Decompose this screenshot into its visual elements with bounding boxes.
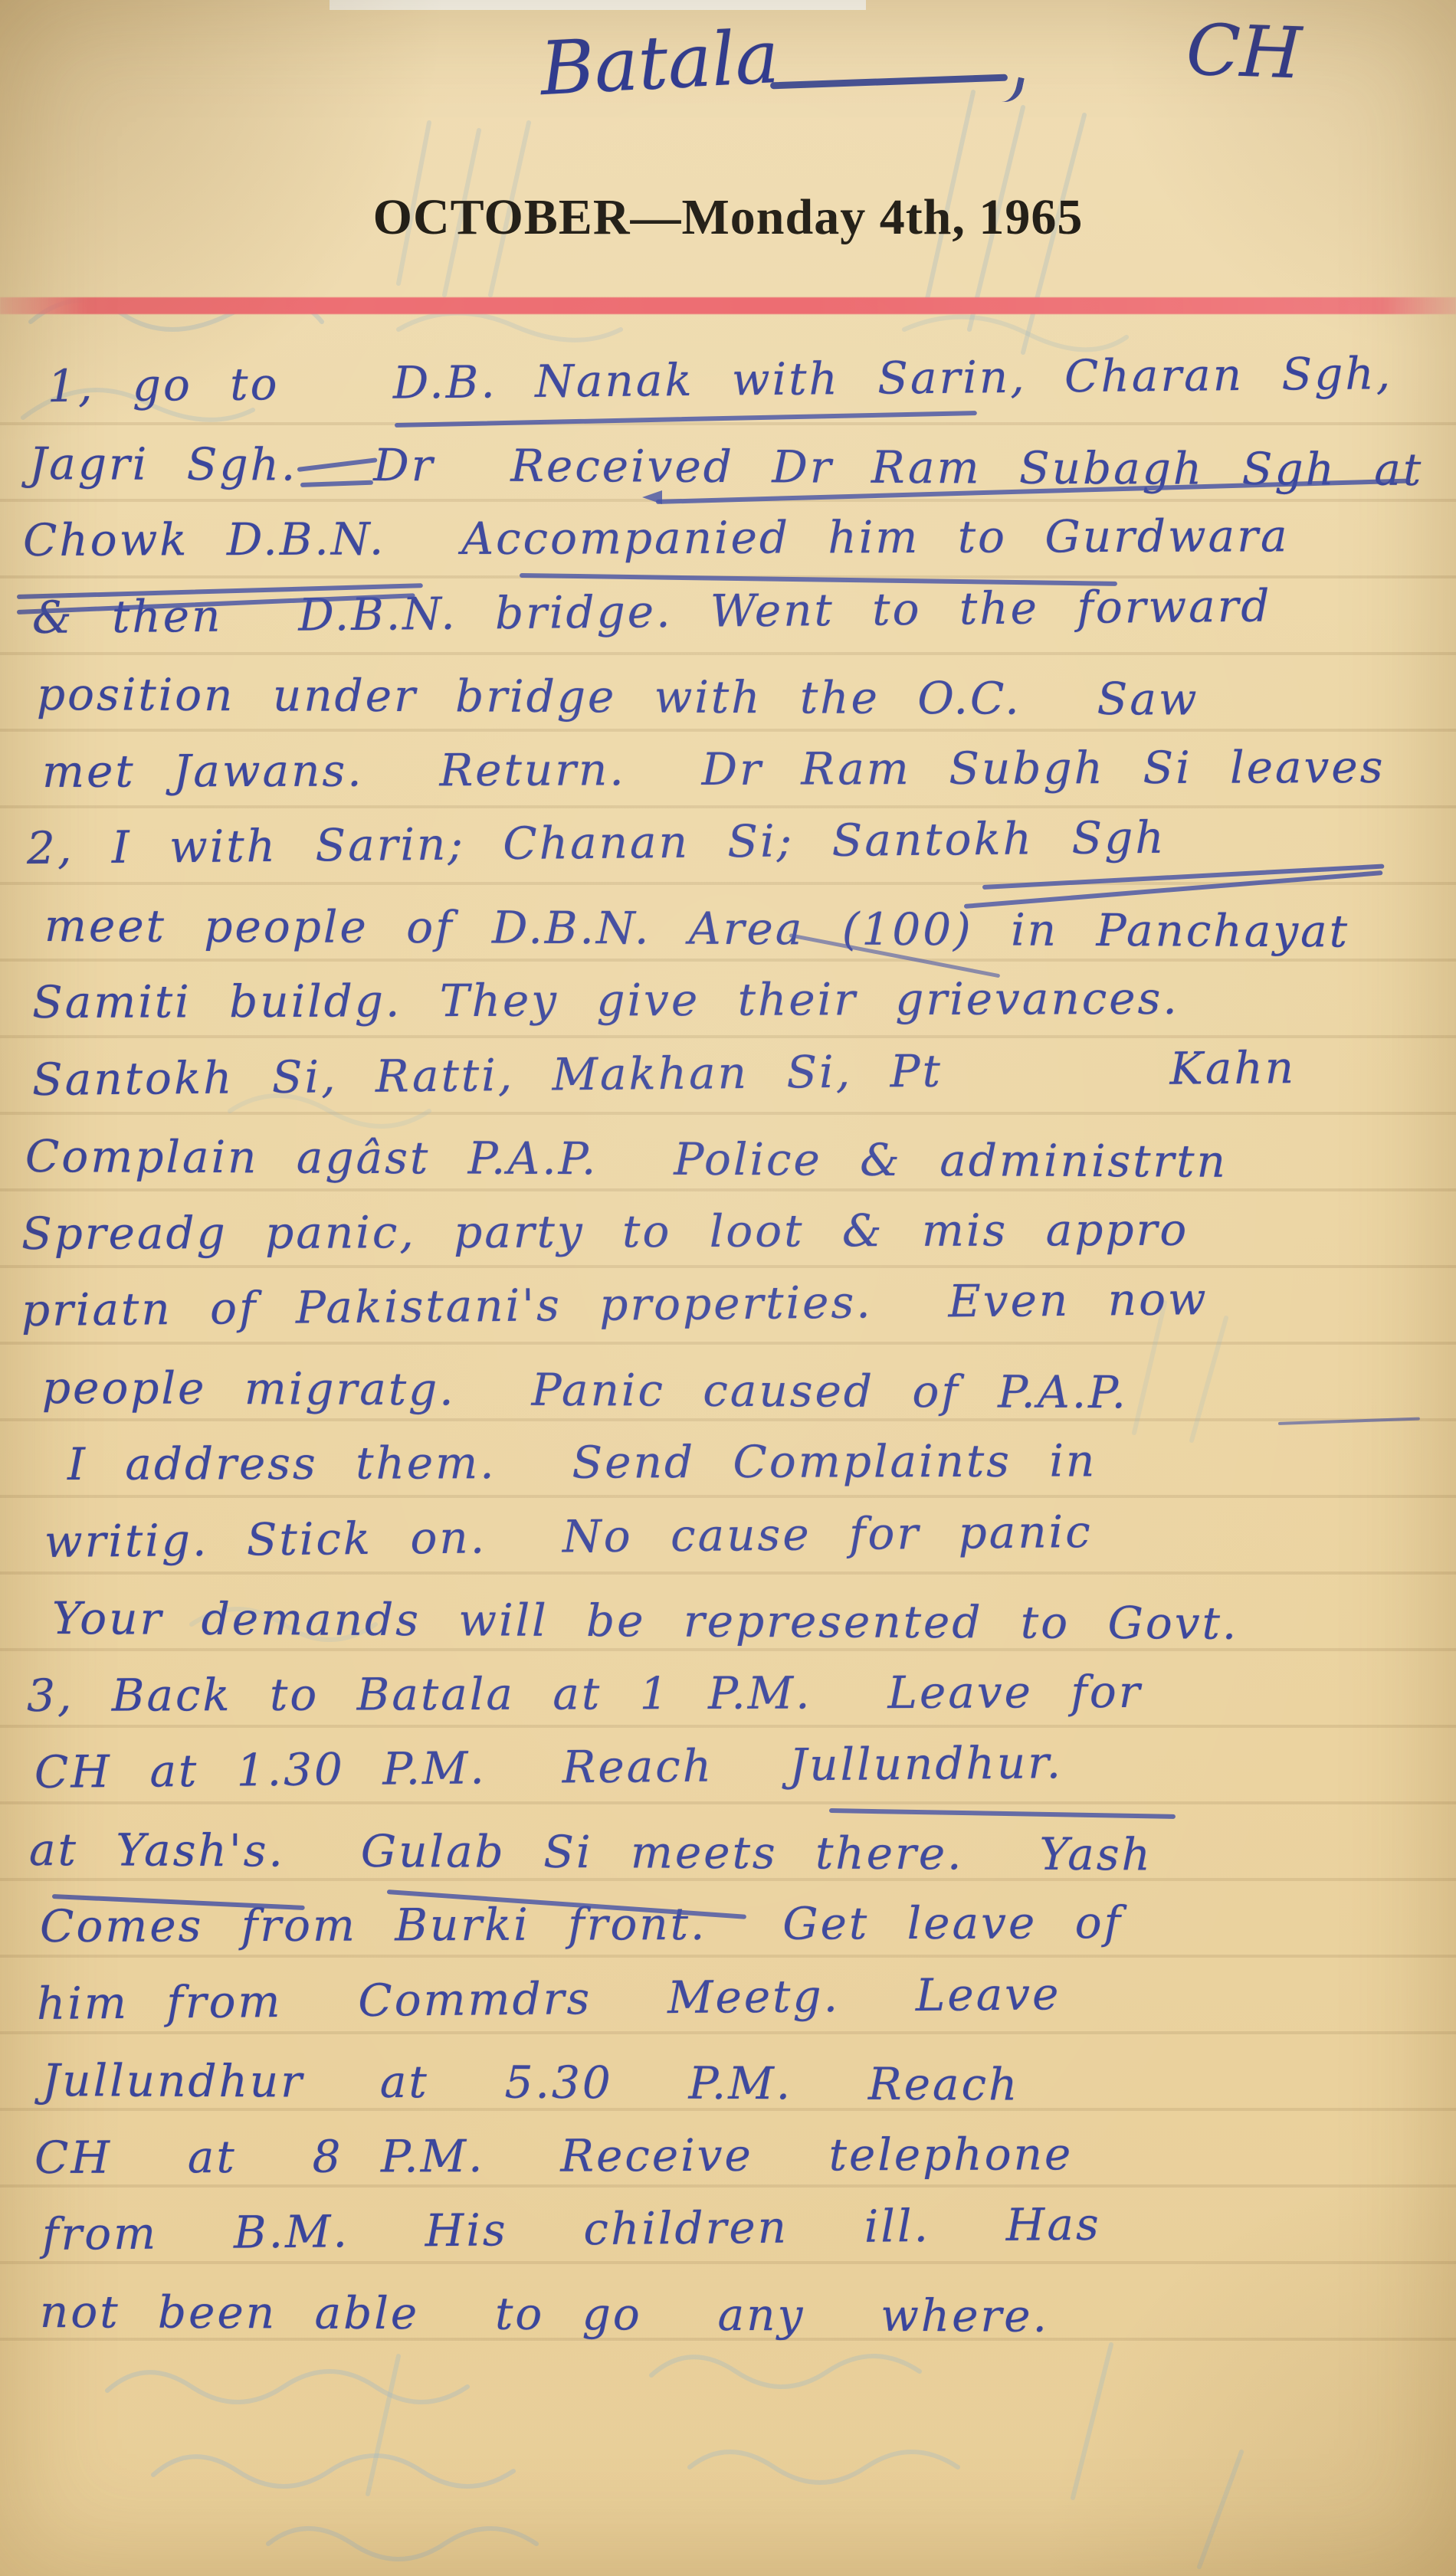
printed-date-header: OCTOBER—Monday 4th, 1965 — [0, 188, 1456, 247]
entry-line: position under bridge with the O.C. Saw — [37, 670, 1199, 724]
entry-line: I address them. Send Complaints in — [67, 1437, 1097, 1489]
entry-line: Chowk D.B.N. Accompanied him to Gurdwara — [23, 512, 1290, 565]
entry-line: CH at 1.30 P.M. Reach Jullundhur. — [34, 1739, 1064, 1798]
diary-page: Batala CH OCTOBER—Monday 4th, 1965 1, go… — [0, 0, 1456, 2576]
entry-line: people migratg. Panic caused of P.A.P. — [42, 1364, 1128, 1417]
entry-line: 2, I with Sarin; Chanan Si; Santokh Sgh — [27, 814, 1166, 873]
entry-line: Santokh Si, Ratti, Makhan Si, Pt Kahn — [32, 1044, 1297, 1105]
entry-line: 1, go to D.B. Nanak with Sarin, Charan S… — [48, 349, 1393, 411]
entry-line: Jullundhur at 5.30 P.M. Reach — [42, 2057, 1020, 2109]
entry-line: meet people of D.B.N. Area (100) in Panc… — [44, 902, 1349, 956]
entry-line: Your demands will be represented to Govt… — [52, 1594, 1239, 1649]
diary-entry: 1, go to D.B. Nanak with Sarin, Charan S… — [0, 362, 1456, 2385]
entry-line: Spreadg panic, party to loot & mis appro — [21, 1206, 1189, 1259]
entry-line: priatn of Pakistani's properties. Even n… — [21, 1275, 1208, 1336]
place-annotation: Batala — [538, 14, 781, 112]
entry-line: not been able to go any where. — [40, 2288, 1049, 2342]
printed-red-rule — [0, 297, 1456, 314]
entry-line: Samiti buildg. They give their grievance… — [32, 975, 1179, 1027]
entry-line: Complain agâst P.A.P. Police & administr… — [25, 1132, 1228, 1187]
entry-line: writig. Stick on. No cause for panic — [44, 1508, 1093, 1567]
entry-line: CH at 8 P.M. Receive telephone — [34, 2130, 1073, 2183]
entry-line: at Yash's. Gulab Si meets there. Yash — [29, 1826, 1153, 1880]
entry-line: him from Commdrs Meetg. Leave — [37, 1970, 1061, 2029]
entry-line: 3, Back to Batala at 1 P.M. Leave for — [27, 1668, 1143, 1721]
location-code-annotation: CH — [1185, 8, 1303, 94]
scan-edge-sliver — [330, 0, 866, 10]
entry-line: met Jawans. Return. Dr Ram Subgh Si leav… — [42, 743, 1385, 797]
handwritten-dash — [770, 74, 1008, 90]
entry-line: from B.M. His children ill. Has — [42, 2201, 1101, 2260]
